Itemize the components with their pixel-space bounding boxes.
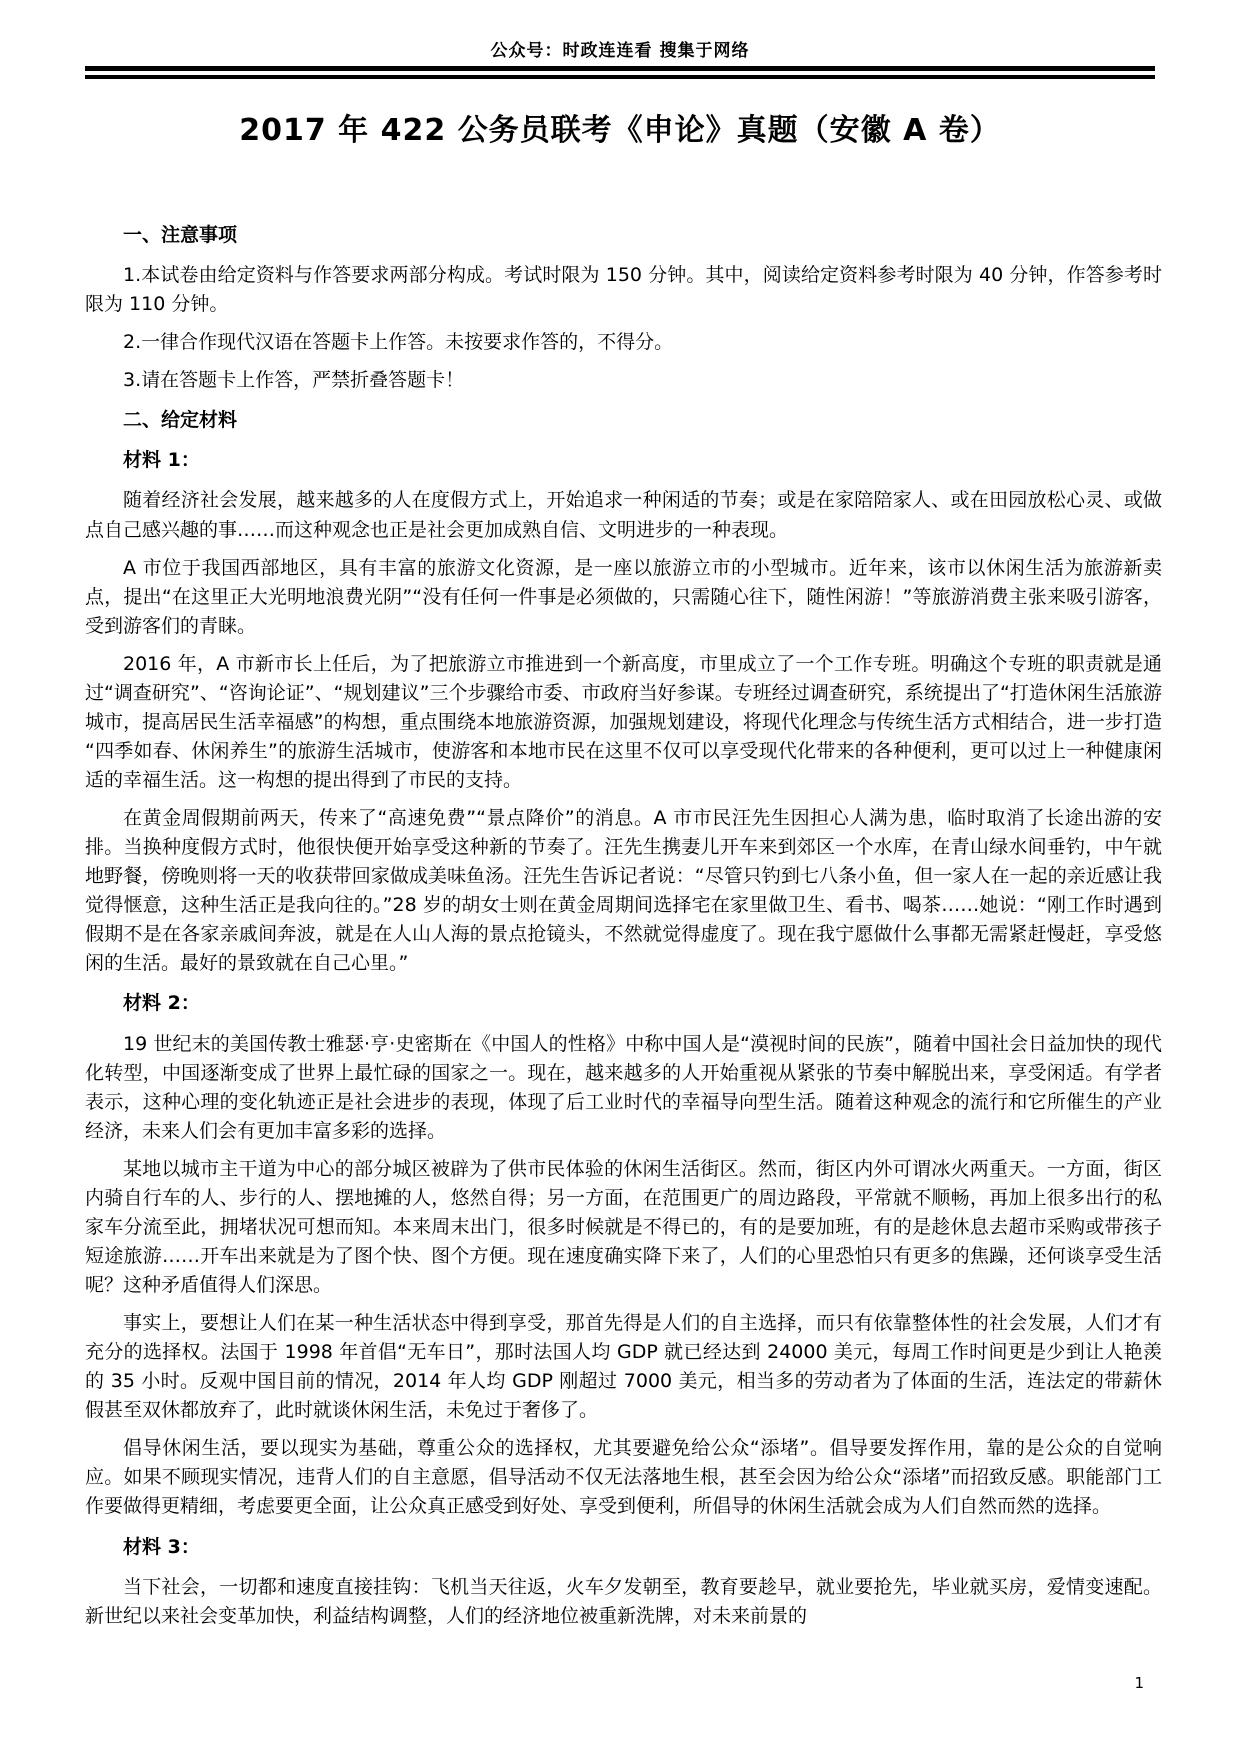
material-1-paragraph-2: A 市位于我国西部地区，具有丰富的旅游文化资源，是一座以旅游立市的小型城市。近年…: [85, 554, 1162, 641]
paragraph-note-1: 1.本试卷由给定资料与作答要求两部分构成。考试时限为 150 分钟。其中，阅读给…: [85, 261, 1162, 319]
section-heading-materials: 二、给定材料: [85, 406, 1162, 435]
material-3-heading: 材料 3：: [85, 1533, 1162, 1562]
document-page: 公众号：时政连连看 搜集于网络 2017 年 422 公务员联考《申论》真题（安…: [0, 0, 1240, 1754]
material-1-paragraph-3: 2016 年，A 市新市长上任后，为了把旅游立市推进到一个新高度，市里成立了一个…: [85, 650, 1162, 795]
page-header-note: 公众号：时政连连看 搜集于网络: [0, 0, 1240, 61]
material-2-heading: 材料 2：: [85, 989, 1162, 1018]
paragraph-note-3: 3.请在答题卡上作答，严禁折叠答题卡！: [85, 366, 1162, 395]
material-2-paragraph-4: 倡导休闲生活，要以现实为基础，尊重公众的选择权，尤其要避免给公众“添堵”。倡导要…: [85, 1434, 1162, 1521]
material-2-paragraph-3: 事实上，要想让人们在某一种生活状态中得到享受，那首先得是人们的自主选择，而只有依…: [85, 1309, 1162, 1425]
material-2-paragraph-2: 某地以城市主干道为中心的部分城区被辟为了供市民体验的休闲生活街区。然而，街区内外…: [85, 1155, 1162, 1300]
material-1-paragraph-1: 随着经济社会发展，越来越多的人在度假方式上，开始追求一种闲适的节奏；或是在家陪陪…: [85, 486, 1162, 544]
paragraph-note-2: 2.一律合作现代汉语在答题卡上作答。未按要求作答的，不得分。: [85, 328, 1162, 357]
material-1-paragraph-4: 在黄金周假期前两天，传来了“高速免费”“景点降价”的消息。A 市市民汪先生因担心…: [85, 804, 1162, 978]
material-3-paragraph-1: 当下社会，一切都和速度直接挂钩：飞机当天往返，火车夕发朝至，教育要趁早，就业要抢…: [85, 1573, 1162, 1631]
material-1-heading: 材料 1：: [85, 446, 1162, 475]
section-heading-notes: 一、注意事项: [85, 221, 1162, 250]
page-number: 1: [1134, 1674, 1144, 1692]
document-body: 一、注意事项 1.本试卷由给定资料与作答要求两部分构成。考试时限为 150 分钟…: [85, 221, 1162, 1631]
header-double-rule: [85, 66, 1155, 79]
document-title: 2017 年 422 公务员联考《申论》真题（安徽 A 卷）: [0, 105, 1240, 149]
material-2-paragraph-1: 19 世纪末的美国传教士雅瑟·亨·史密斯在《中国人的性格》中称中国人是“漠视时间…: [85, 1030, 1162, 1146]
